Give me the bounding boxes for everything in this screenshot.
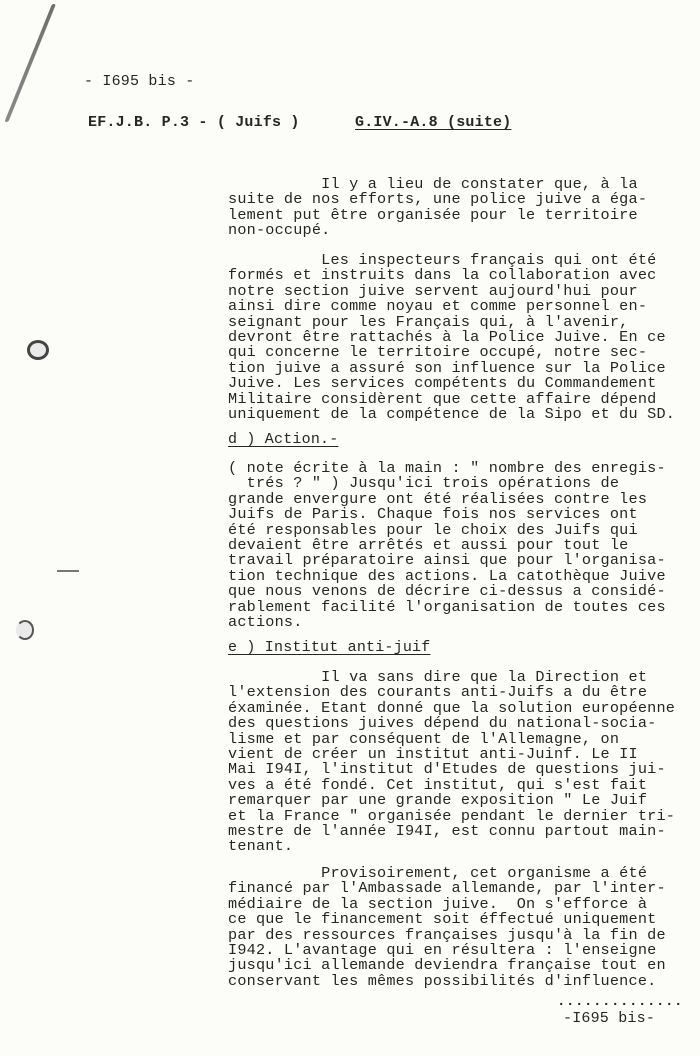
- paragraph-inspecteurs: Les inspecteurs français qui ont été for…: [228, 253, 688, 422]
- punch-hole-icon: [27, 340, 49, 360]
- section-heading-institut: e ) Institut anti-juif: [228, 640, 430, 655]
- paragraph-financement: Provisoirement, cet organisme a été fina…: [228, 866, 688, 989]
- punch-hole-icon: [16, 620, 34, 640]
- page-reference-bottom: -I695 bis-: [563, 1011, 655, 1026]
- stray-mark: [57, 570, 79, 572]
- continuation-dots: ..............: [557, 995, 683, 1010]
- paragraph-institut: Il va sans dire que la Direction et l'ex…: [228, 670, 688, 855]
- page-reference-top: - I695 bis -: [84, 74, 194, 89]
- document-header-left: EF.J.B. P.3 - ( Juifs ): [88, 115, 300, 130]
- paragraph-action: ( note écrite à la main : " nombre des e…: [228, 461, 688, 630]
- margin-pen-stroke: [4, 4, 56, 122]
- section-heading-action: d ) Action.-: [228, 432, 338, 447]
- document-page: - I695 bis - EF.J.B. P.3 - ( Juifs ) G.I…: [0, 0, 700, 1056]
- paragraph-police-juive: Il y a lieu de constater que, à la suite…: [228, 177, 688, 239]
- document-header-right: G.IV.-A.8 (suite): [355, 115, 511, 130]
